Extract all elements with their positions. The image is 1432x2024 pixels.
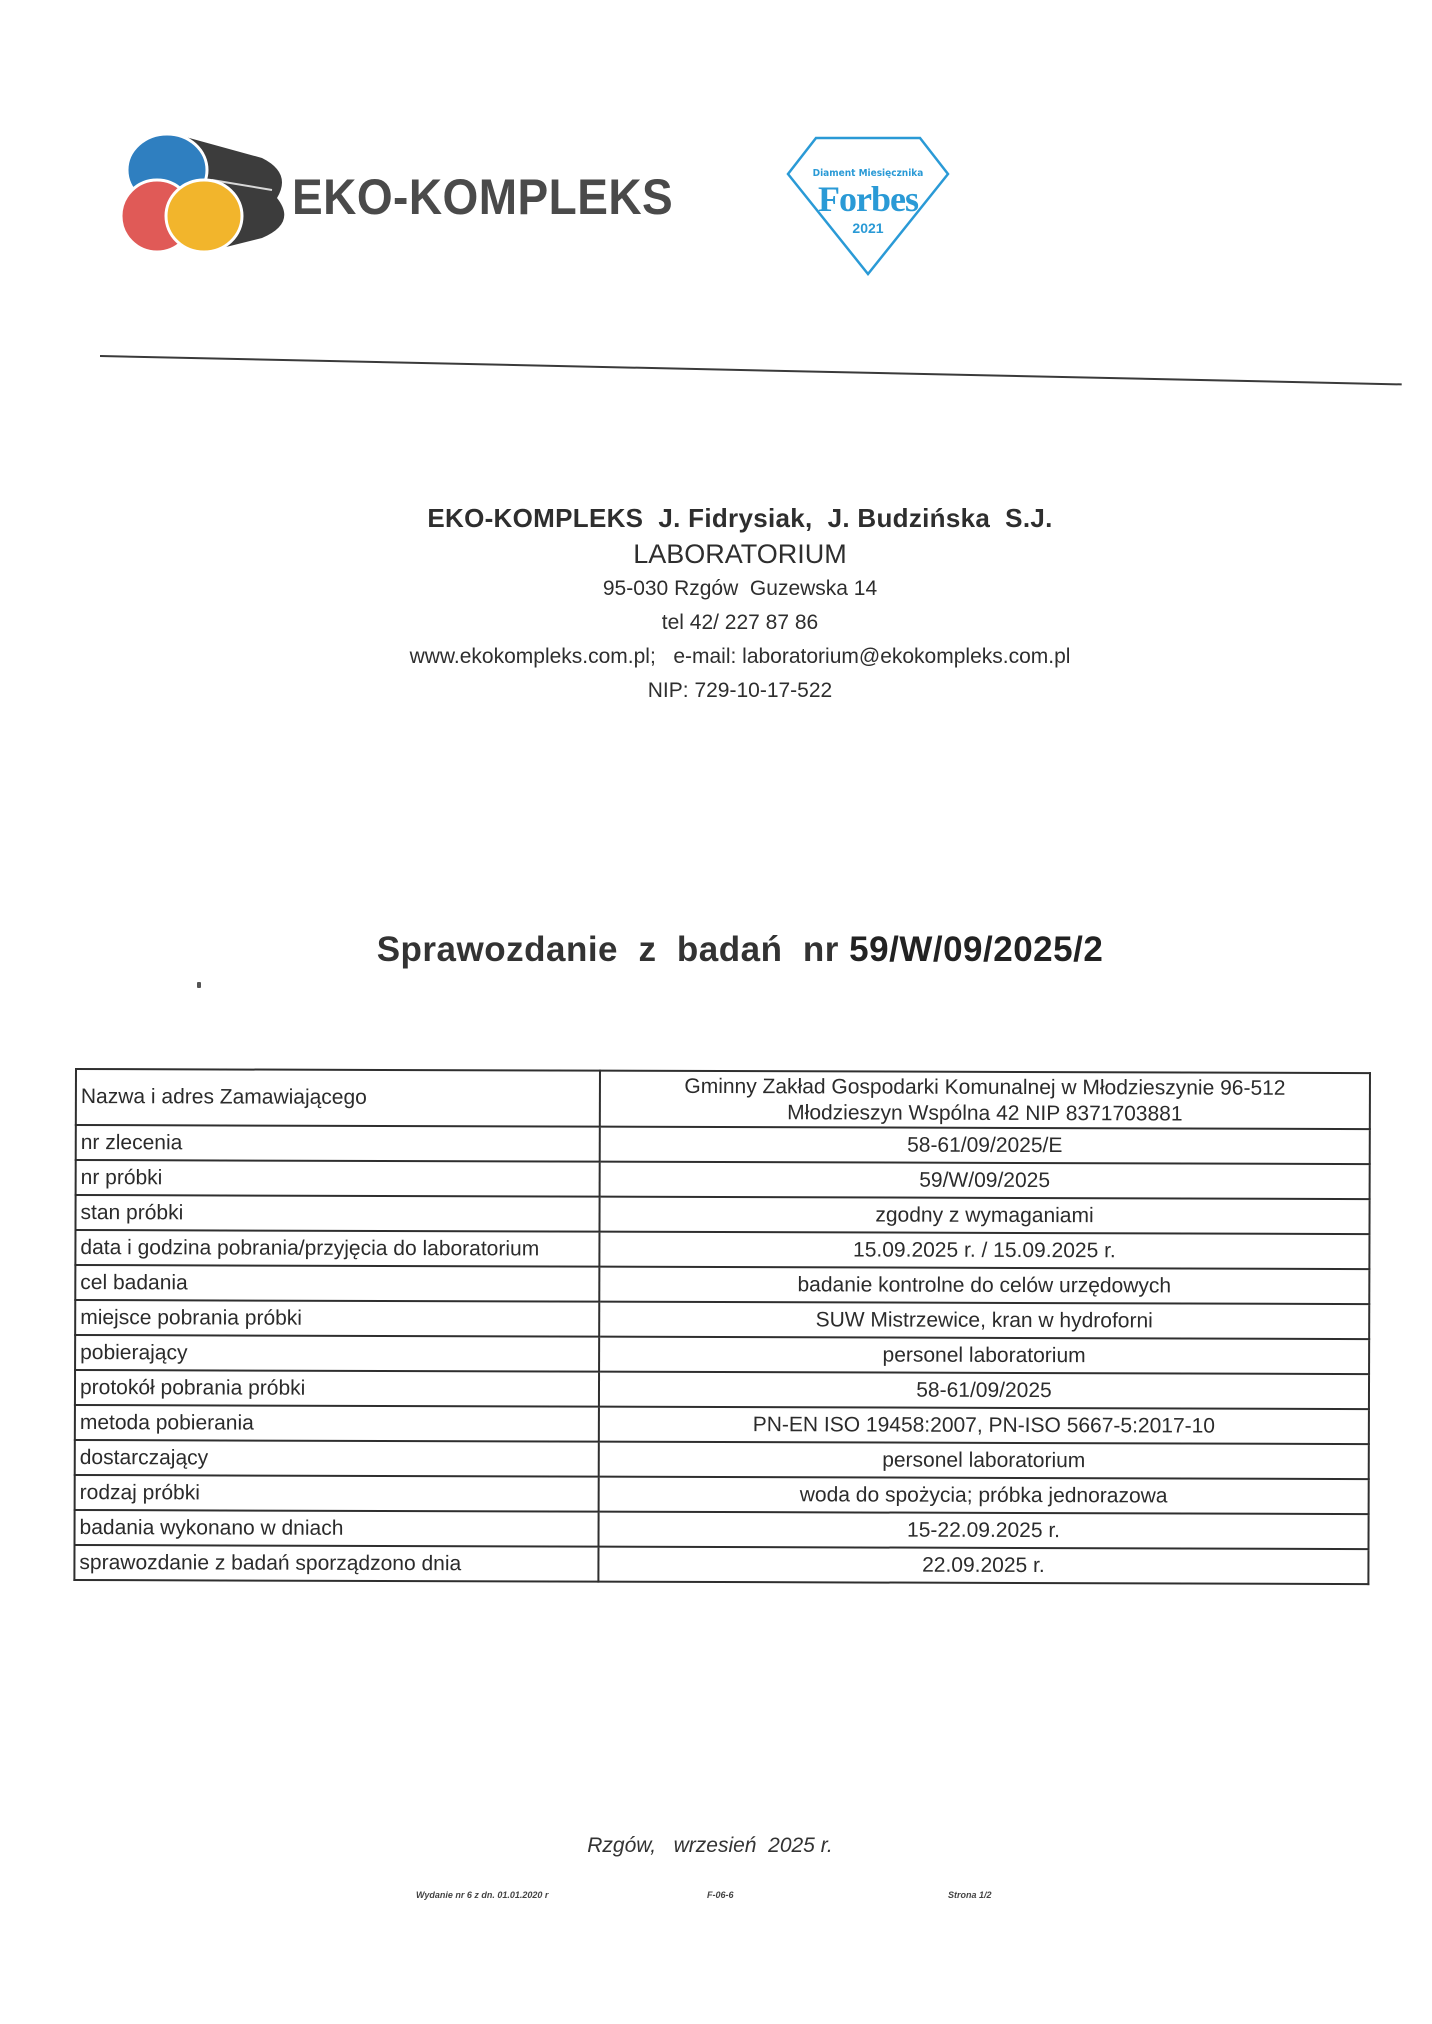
table-row: badania wykonano w dniach15-22.09.2025 r…: [75, 1510, 1369, 1549]
row-label: Nazwa i adres Zamawiającego: [76, 1069, 600, 1127]
table-row: protokół pobrania próbki58-61/09/2025: [75, 1370, 1369, 1409]
table-row: miejsce pobrania próbkiSUW Mistrzewice, …: [75, 1300, 1369, 1339]
row-value: 15-22.09.2025 r.: [598, 1512, 1368, 1549]
company-logo-icon: [112, 128, 292, 253]
row-label: cel badania: [75, 1265, 599, 1302]
row-value: personel laboratorium: [599, 1442, 1369, 1479]
row-value: 58-61/09/2025: [599, 1372, 1369, 1409]
brand-name: EKO-KOMPLEKS: [292, 168, 673, 226]
row-label: nr próbki: [76, 1160, 600, 1197]
form-code: F-06-6: [707, 1890, 734, 1900]
table-row: pobierającypersonel laboratorium: [75, 1335, 1369, 1374]
row-label: pobierający: [75, 1335, 599, 1372]
table-row: nr zlecenia58-61/09/2025/E: [76, 1125, 1370, 1164]
row-value: PN-EN ISO 19458:2007, PN-ISO 5667-5:2017…: [599, 1407, 1369, 1444]
report-title-prefix: Sprawozdanie z badań nr: [377, 930, 839, 969]
row-value: 15.09.2025 r. / 15.09.2025 r.: [599, 1232, 1369, 1269]
row-value: SUW Mistrzewice, kran w hydroforni: [599, 1302, 1369, 1339]
row-label: badania wykonano w dniach: [75, 1510, 599, 1547]
company-department: LABORATORIUM: [300, 536, 1180, 572]
row-value-line: Młodzieszyn Wspólna 42 NIP 8371703881: [607, 1100, 1363, 1128]
scan-speck: [197, 982, 201, 988]
row-value-line: Gminny Zakład Gospodarki Komunalnej w Mł…: [607, 1074, 1363, 1102]
row-value: Gminny Zakład Gospodarki Komunalnej w Mł…: [600, 1071, 1370, 1129]
badge-title: Forbes: [786, 178, 950, 220]
company-nip: NIP: 729-10-17-522: [300, 674, 1180, 708]
row-label: rodzaj próbki: [75, 1475, 599, 1512]
table-row: metoda pobieraniaPN-EN ISO 19458:2007, P…: [75, 1405, 1369, 1444]
row-value: 59/W/09/2025: [600, 1162, 1370, 1199]
row-value: 58-61/09/2025/E: [600, 1127, 1370, 1164]
row-label: sprawozdanie z badań sporządzono dnia: [74, 1545, 598, 1582]
row-value: woda do spożycia; próbka jednorazowa: [599, 1477, 1369, 1514]
table-row: stan próbkizgodny z wymaganiami: [75, 1195, 1369, 1234]
row-label: miejsce pobrania próbki: [75, 1300, 599, 1337]
report-details-table: Nazwa i adres ZamawiającegoGminny Zakład…: [73, 1068, 1371, 1585]
table-row: sprawozdanie z badań sporządzono dnia22.…: [74, 1545, 1368, 1584]
company-phone: tel 42/ 227 87 86: [300, 606, 1180, 640]
table-row: data i godzina pobrania/przyjęcia do lab…: [75, 1230, 1369, 1269]
row-label: protokół pobrania próbki: [75, 1370, 599, 1407]
table-row: cel badaniabadanie kontrolne do celów ur…: [75, 1265, 1369, 1304]
header-divider: [100, 355, 1402, 385]
badge-year: 2021: [786, 220, 950, 236]
report-number: 59/W/09/2025/2: [849, 930, 1103, 969]
row-label: nr zlecenia: [76, 1125, 600, 1162]
page-number: Strona 1/2: [948, 1890, 992, 1900]
row-value: 22.09.2025 r.: [598, 1547, 1368, 1584]
table-row: Nazwa i adres ZamawiającegoGminny Zakład…: [76, 1069, 1370, 1129]
row-value: badanie kontrolne do celów urzędowych: [599, 1267, 1369, 1304]
report-title: Sprawozdanie z badań nr 59/W/09/2025/2: [340, 930, 1140, 970]
table-row: nr próbki59/W/09/2025: [76, 1160, 1370, 1199]
company-address: 95-030 Rzgów Guzewska 14: [300, 572, 1180, 606]
row-label: data i godzina pobrania/przyjęcia do lab…: [75, 1230, 599, 1267]
row-value: personel laboratorium: [599, 1337, 1369, 1374]
row-label: metoda pobierania: [75, 1405, 599, 1442]
edition-info: Wydanie nr 6 z dn. 01.01.2020 r: [416, 1890, 548, 1900]
company-name: EKO-KOMPLEKS J. Fidrysiak, J. Budzińska …: [300, 500, 1180, 536]
company-web-email: www.ekokompleks.com.pl; e-mail: laborato…: [300, 640, 1180, 674]
row-label: dostarczający: [75, 1440, 599, 1477]
place-date: Rzgów, wrzesień 2025 r.: [560, 1834, 860, 1858]
forbes-badge: Diament Miesięcznika Forbes 2021: [786, 134, 950, 280]
row-label: stan próbki: [75, 1195, 599, 1232]
company-info: EKO-KOMPLEKS J. Fidrysiak, J. Budzińska …: [300, 500, 1180, 708]
table-row: dostarczającypersonel laboratorium: [75, 1440, 1369, 1479]
table-row: rodzaj próbkiwoda do spożycia; próbka je…: [75, 1475, 1369, 1514]
row-value: zgodny z wymaganiami: [599, 1197, 1369, 1234]
